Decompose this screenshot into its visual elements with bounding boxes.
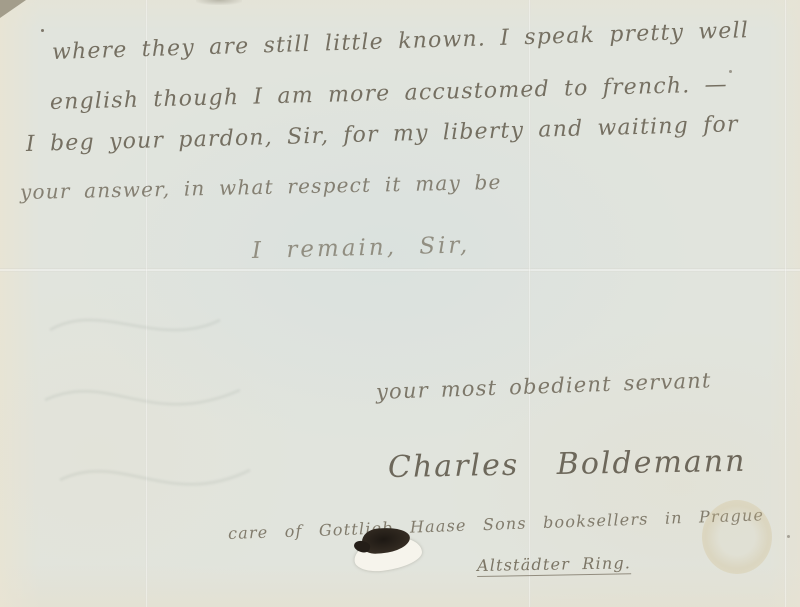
dust-speck bbox=[787, 535, 790, 538]
body-line-2: english though I am more accustomed to f… bbox=[50, 72, 728, 115]
seal-stain bbox=[702, 500, 772, 574]
dust-speck bbox=[41, 29, 44, 32]
edge-smudge bbox=[196, 0, 242, 5]
dust-speck bbox=[729, 70, 732, 73]
signature: Charles Boldemann bbox=[388, 444, 747, 485]
fold-crease-horizontal bbox=[0, 268, 800, 272]
letter-page: where they are still little known. I spe… bbox=[0, 0, 800, 607]
valediction-line: your most obedient servant bbox=[376, 368, 712, 404]
closing-line: I remain, Sir, bbox=[252, 232, 471, 264]
address-line-street: Altstädter Ring. bbox=[477, 553, 631, 577]
body-line-1: where they are still little known. I spe… bbox=[52, 18, 750, 65]
ink-show-through bbox=[40, 290, 260, 550]
body-line-4: your answer, in what respect it may be bbox=[20, 170, 502, 204]
corner-shadow bbox=[0, 0, 26, 18]
fold-crease-vertical-right bbox=[784, 0, 787, 607]
body-line-3: I beg your pardon, Sir, for my liberty a… bbox=[26, 112, 739, 157]
address-line-care-of: care of Gottlieb Haase Sons booksellers … bbox=[228, 505, 765, 543]
